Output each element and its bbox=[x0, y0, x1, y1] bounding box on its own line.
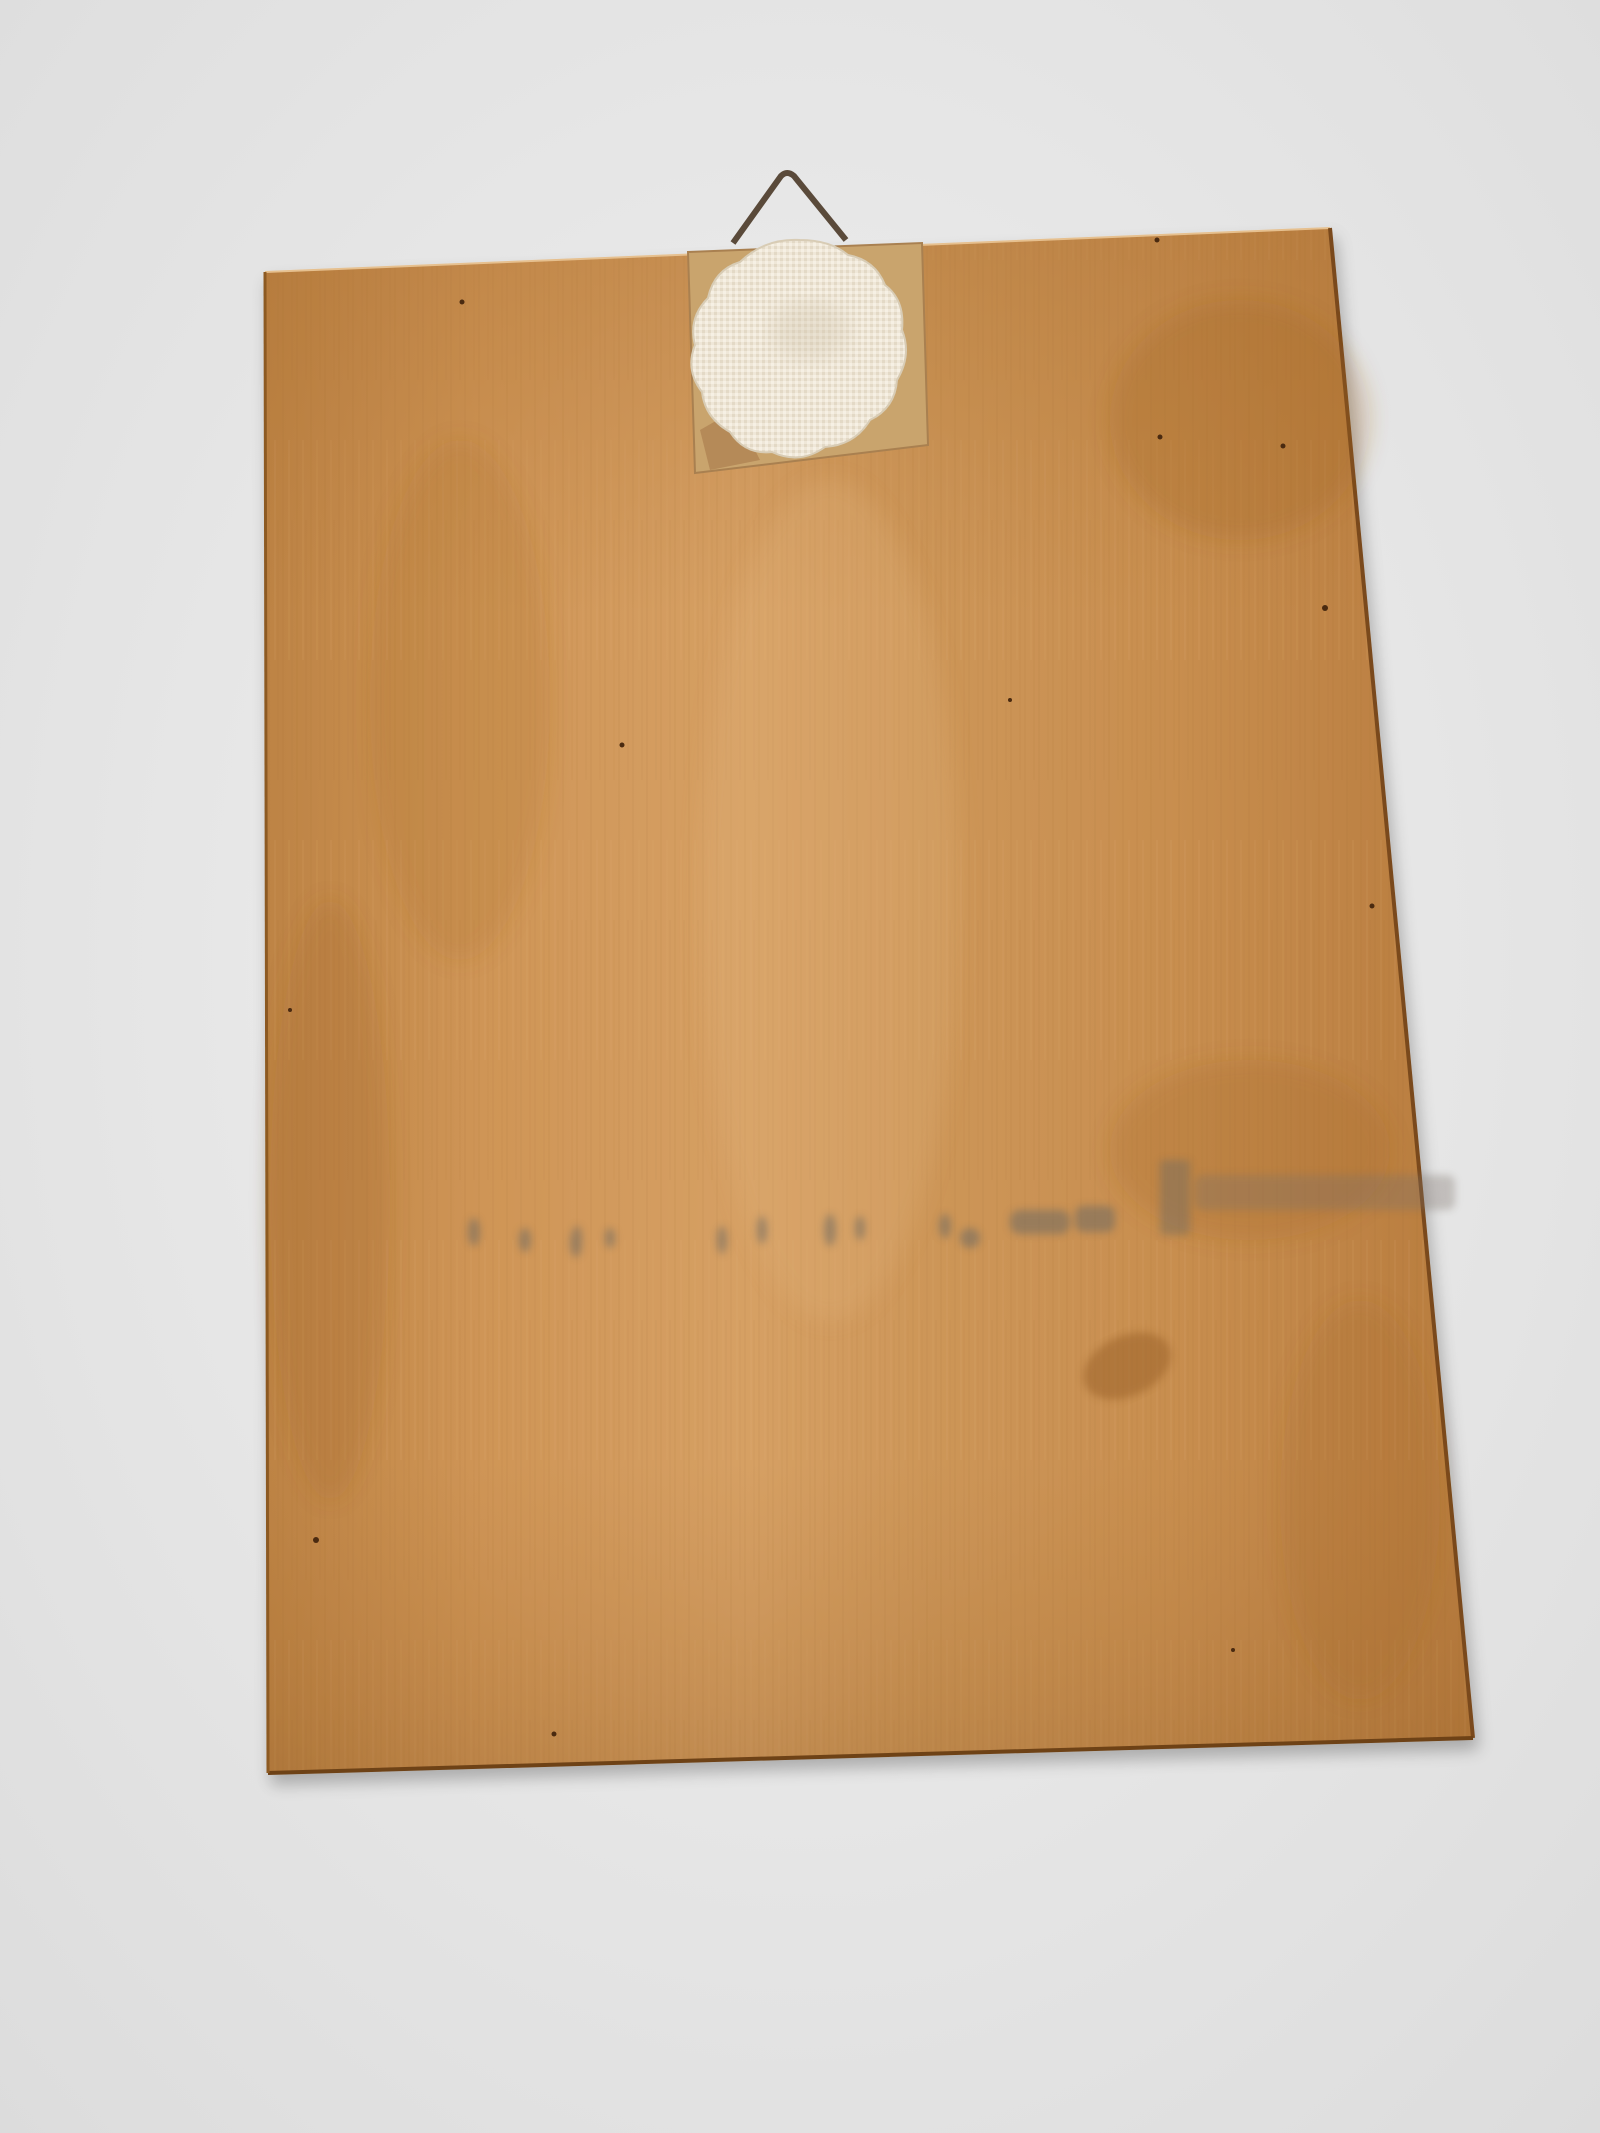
photo-scene: Back of a rectangular wooden plaque with… bbox=[0, 0, 1600, 2133]
wooden-plaque-illustration bbox=[0, 0, 1600, 2133]
